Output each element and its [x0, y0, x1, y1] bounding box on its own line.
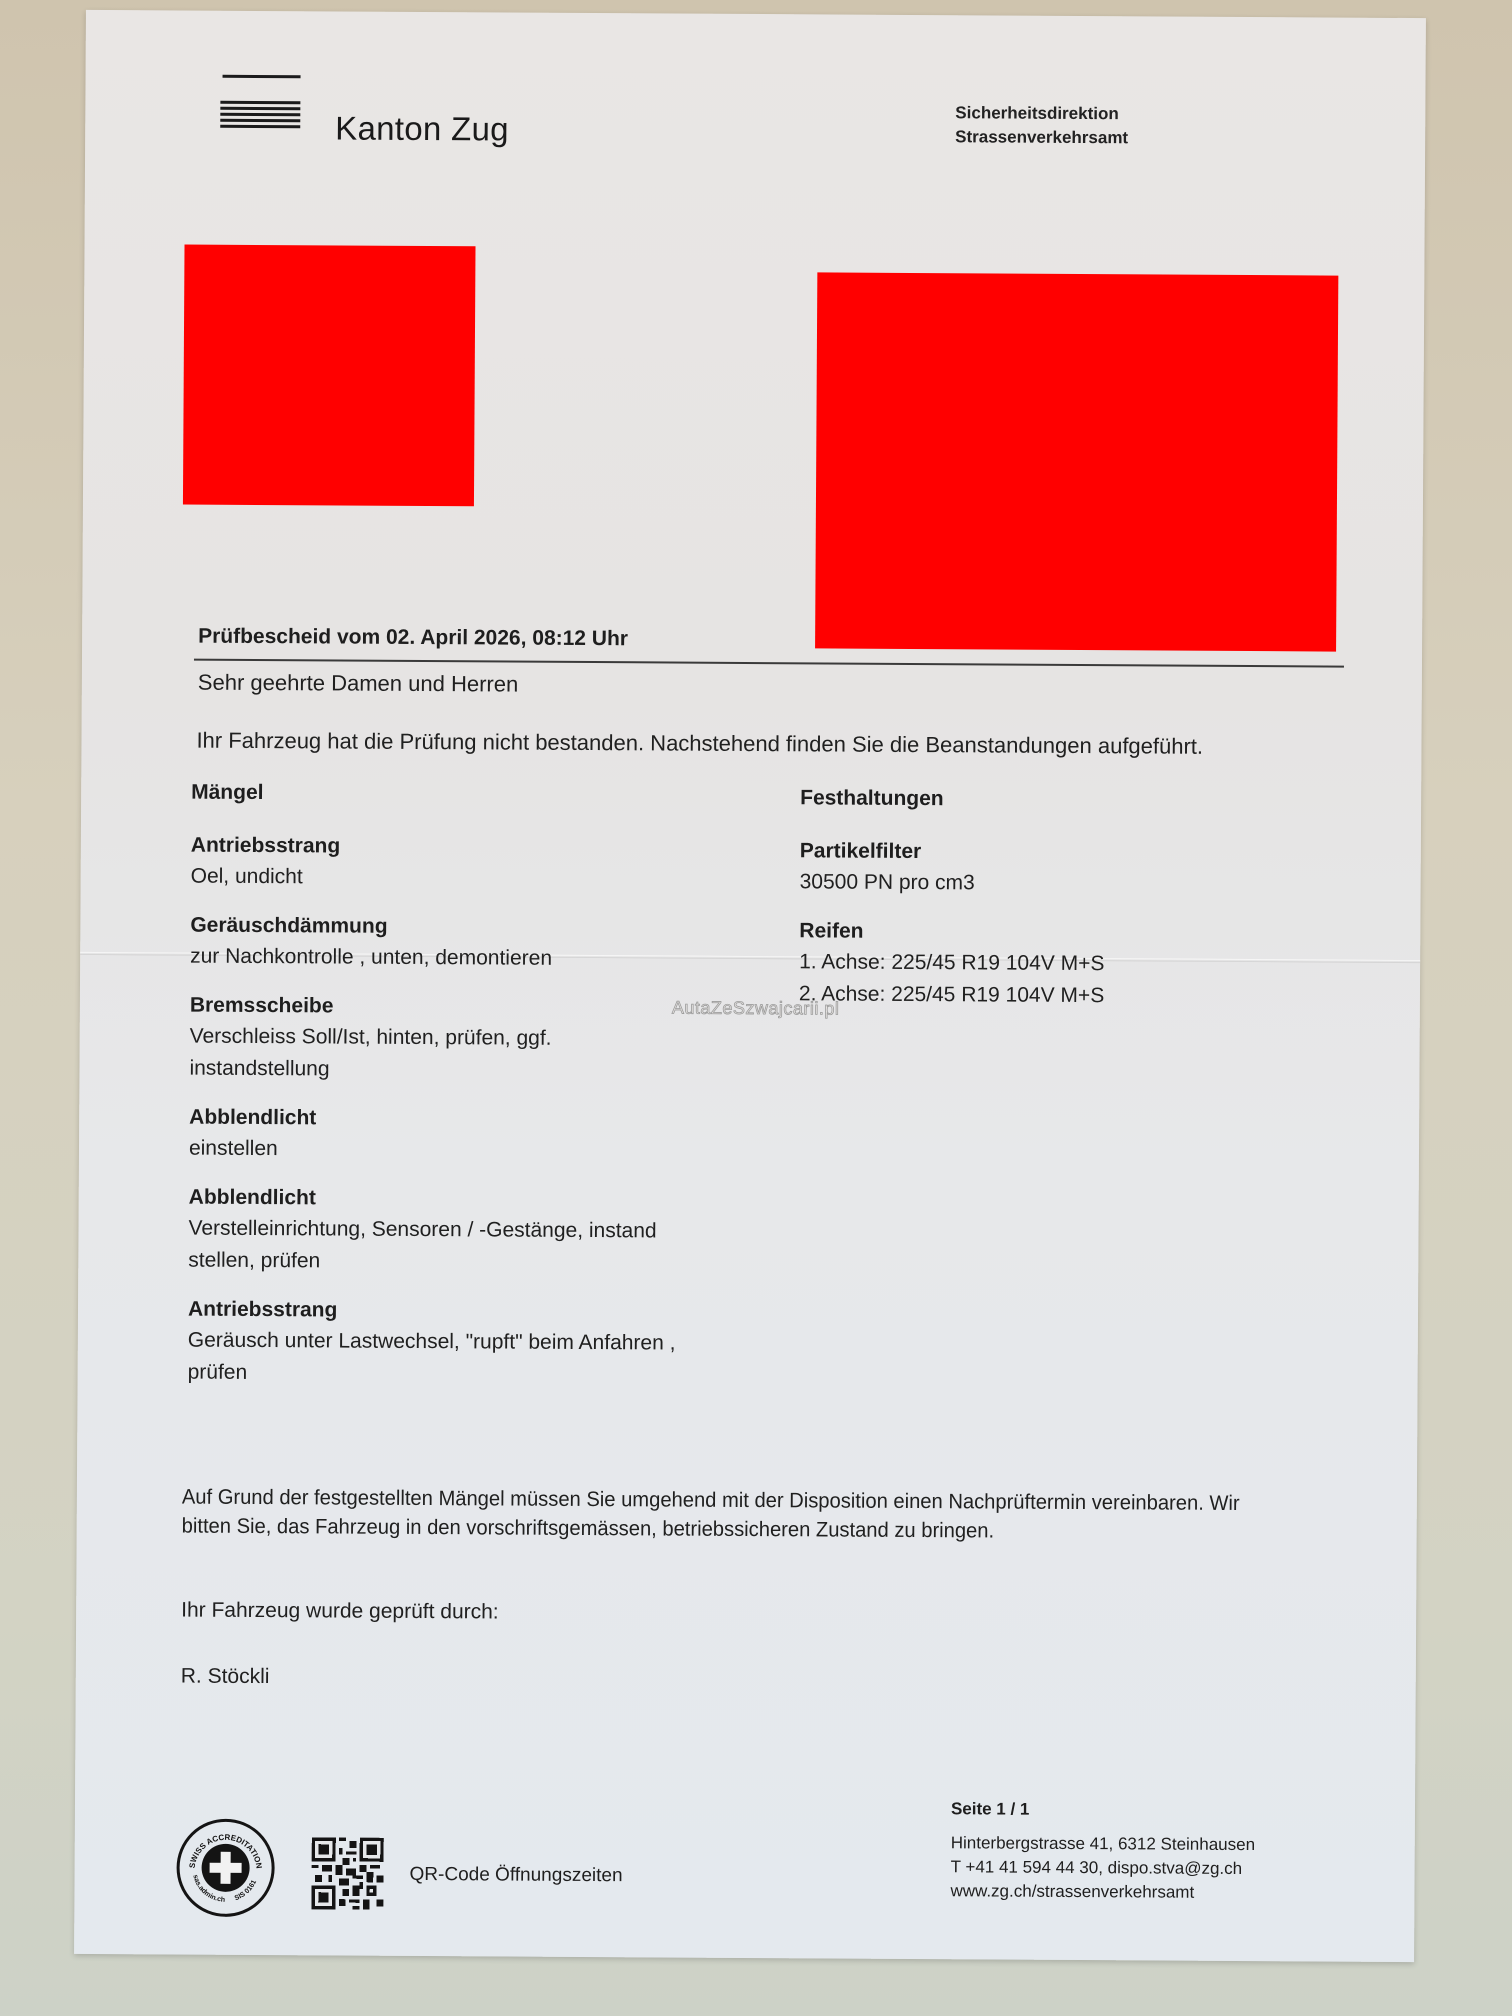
defect-item: Antriebsstrang Oel, undicht: [191, 831, 791, 897]
contact-line: T +41 41 594 44 30, dispo.stva@zg.ch: [951, 1855, 1255, 1881]
salutation: Sehr geehrte Damen und Herren: [198, 667, 519, 701]
department-line-1: Sicherheitsdirektion: [955, 101, 1128, 126]
department: Sicherheitsdirektion Strassenverkehrsamt: [955, 101, 1128, 150]
swiss-accreditation-seal-icon: SWISS ACCREDITATION sas.admin.ch SIS 016…: [176, 1819, 275, 1918]
swiss-cross-icon: [201, 1844, 249, 1892]
footer-contact: Seite 1 / 1 Hinterbergstrasse 41, 6312 S…: [950, 1797, 1255, 1905]
website-link[interactable]: www.zg.ch/strassenverkehrsamt: [950, 1879, 1254, 1905]
findings-heading: Festhaltungen: [800, 786, 1320, 813]
intro-text: Ihr Fahrzeug hat die Prüfung nicht besta…: [196, 725, 1203, 763]
title-divider: [194, 659, 1344, 668]
findings-section: Festhaltungen Partikelfilter 30500 PN pr…: [799, 786, 1320, 1013]
defects-section: Mängel Antriebsstrang Oel, undicht Geräu…: [187, 781, 791, 1411]
defects-heading: Mängel: [191, 781, 791, 809]
watermark: AutaZeSzwajcarii.pl: [672, 998, 840, 1020]
qr-code-label: QR-Code Öffnungszeiten: [409, 1864, 622, 1887]
vehicle-info-redaction: [815, 272, 1338, 651]
finding-item: Partikelfilter 30500 PN pro cm3: [800, 836, 1320, 901]
finding-item: Reifen 1. Achse: 225/45 R19 104V M+S 2. …: [799, 916, 1320, 1013]
defect-item: Abblendlicht einstellen: [189, 1103, 789, 1169]
document-page: Kanton Zug Sicherheitsdirektion Strassen…: [74, 10, 1426, 1962]
page-number: Seite 1 / 1: [951, 1797, 1255, 1823]
tester-name: R. Stöckli: [181, 1665, 270, 1690]
qr-code-icon[interactable]: [311, 1837, 383, 1909]
kanton-zug-logo-icon: [220, 75, 300, 131]
closing-paragraph: Auf Grund der festgestellten Mängel müss…: [182, 1483, 1277, 1548]
recipient-address-redaction: [183, 245, 476, 507]
defect-item: Geräuschdämmung zur Nachkontrolle , unte…: [190, 911, 790, 977]
page-title: Prüfbescheid vom 02. April 2026, 08:12 U…: [198, 625, 628, 652]
address: Hinterbergstrasse 41, 6312 Steinhausen: [951, 1831, 1255, 1857]
tested-by-label: Ihr Fahrzeug wurde geprüft durch:: [181, 1599, 499, 1625]
defect-item: Abblendlicht Verstelleinrichtung, Sensor…: [188, 1183, 789, 1281]
defect-item: Antriebsstrang Geräusch unter Lastwechse…: [188, 1295, 789, 1393]
brand-name: Kanton Zug: [335, 109, 509, 148]
department-line-2: Strassenverkehrsamt: [955, 125, 1128, 150]
